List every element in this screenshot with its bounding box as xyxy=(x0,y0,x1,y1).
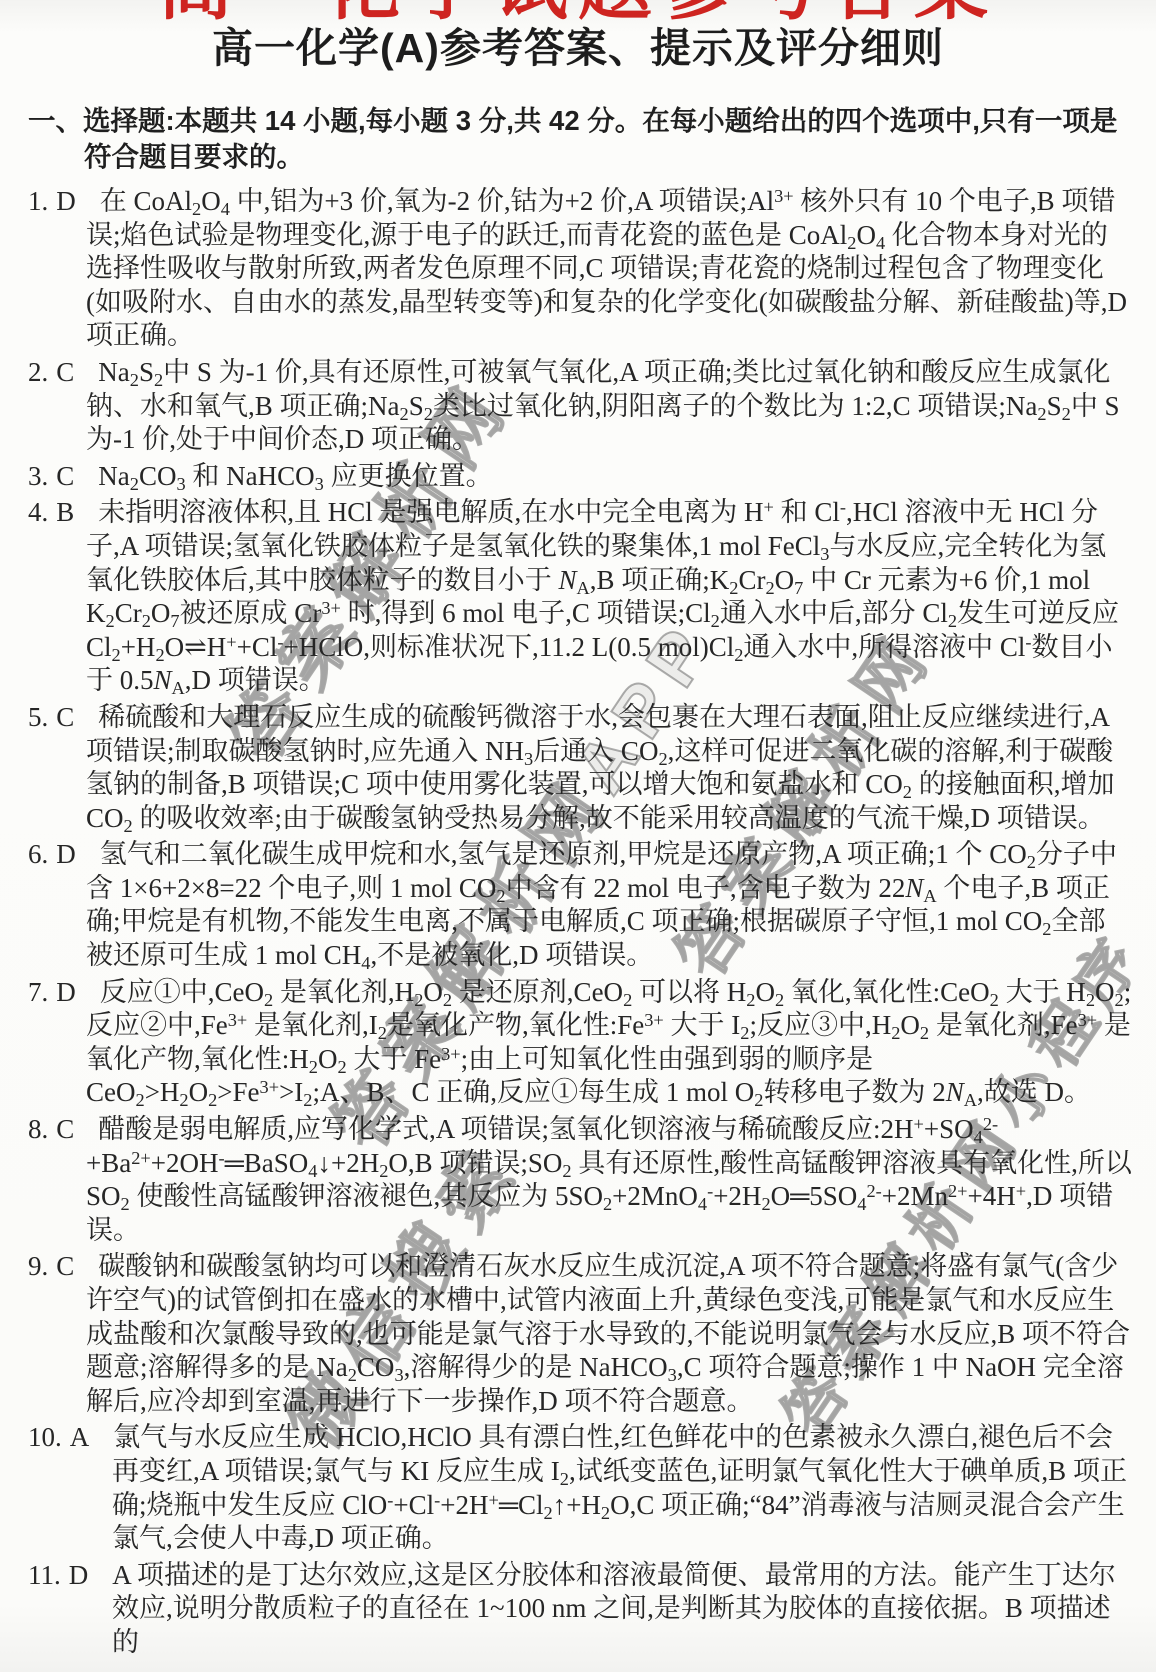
answer-letter: C xyxy=(56,1114,74,1144)
section-heading-multiple-choice: 一、选择题:本题共 14 小题,每小题 3 分,共 42 分。在每小题给出的四个… xyxy=(28,103,1130,175)
red-banner-text: 高一化学试题参考答案 xyxy=(158,0,998,24)
answer-number: 7. xyxy=(28,977,48,1007)
answer-number: 11. xyxy=(28,1560,61,1590)
answer-explanation: Na2CO3 和 NaHCO3 应更换位置。 xyxy=(98,461,492,491)
answer-letter: D xyxy=(56,839,76,869)
answer-letter: D xyxy=(69,1560,89,1590)
answer-item: 3.CNa2CO3 和 NaHCO3 应更换位置。 xyxy=(28,460,1132,494)
answer-letter: C xyxy=(56,461,74,491)
red-banner-cropped: 高一化学试题参考答案 xyxy=(0,0,1156,27)
answer-explanation: 稀硫酸和大理石反应生成的硫酸钙微溶于水,会包裹在大理石表面,阻止反应继续进行,A… xyxy=(86,702,1114,833)
answer-number: 1. xyxy=(28,186,48,216)
answer-explanation: 反应①中,CeO2 是氧化剂,H2O2 是还原剂,CeO2 可以将 H2O2 氧… xyxy=(86,977,1131,1108)
answer-explanation: 氢气和二氧化碳生成甲烷和水,氢气是还原剂,甲烷是还原产物,A 项正确;1 个 C… xyxy=(86,839,1117,970)
answer-item: 11.DA 项描述的是丁达尔效应,这是区分胶体和溶液最简便、最常用的方法。能产生… xyxy=(28,1559,1132,1660)
answer-number: 8. xyxy=(28,1114,48,1144)
answer-explanation: 碳酸钠和碳酸氢钠均可以和澄清石灰水反应生成沉淀,A 项不符合题意;将盛有氯气(含… xyxy=(86,1251,1130,1415)
answer-item: 2.CNa2S2中 S 为-1 价,具有还原性,可被氧气氧化,A 项正确;类比过… xyxy=(28,356,1132,457)
answer-explanation: Na2S2中 S 为-1 价,具有还原性,可被氧气氧化,A 项正确;类比过氧化钠… xyxy=(86,357,1120,454)
answer-number: 9. xyxy=(28,1251,48,1281)
answer-number: 5. xyxy=(28,702,48,732)
answer-explanation: A 项描述的是丁达尔效应,这是区分胶体和溶液最简便、最常用的方法。能产生丁达尔效… xyxy=(112,1560,1116,1657)
answer-number: 4. xyxy=(28,497,48,527)
answer-item: 10.A氯气与水反应生成 HClO,HClO 具有漂白性,红色鲜花中的色素被永久… xyxy=(28,1421,1132,1555)
answer-number: 2. xyxy=(28,357,48,387)
answer-list: 1.D在 CoAl2O4 中,铝为+3 价,氧为-2 价,钴为+2 价,A 项错… xyxy=(28,185,1132,1660)
answer-number: 3. xyxy=(28,461,48,491)
answer-letter: C xyxy=(56,1251,74,1281)
answer-item: 8.C醋酸是弱电解质,应写化学式,A 项错误;氢氧化钡溶液与稀硫酸反应:2H++… xyxy=(28,1113,1132,1247)
answer-letter: C xyxy=(56,357,74,387)
answer-letter: D xyxy=(56,977,76,1007)
answer-explanation: 醋酸是弱电解质,应写化学式,A 项错误;氢氧化钡溶液与稀硫酸反应:2H++SO4… xyxy=(86,1114,1132,1245)
answer-item: 4.B未指明溶液体积,且 HCl 是强电解质,在水中完全电离为 H+ 和 Cl-… xyxy=(28,496,1132,698)
answer-item: 9.C碳酸钠和碳酸氢钠均可以和澄清石灰水反应生成沉淀,A 项不符合题意;将盛有氯… xyxy=(28,1250,1132,1418)
answer-explanation: 未指明溶液体积,且 HCl 是强电解质,在水中完全电离为 H+ 和 Cl-,HC… xyxy=(86,497,1119,695)
answer-letter: D xyxy=(56,186,76,216)
answer-number: 6. xyxy=(28,839,48,869)
answer-number: 10. xyxy=(28,1422,62,1452)
answer-letter: B xyxy=(56,497,74,527)
answer-item: 7.D反应①中,CeO2 是氧化剂,H2O2 是还原剂,CeO2 可以将 H2O… xyxy=(28,976,1132,1110)
answer-item: 1.D在 CoAl2O4 中,铝为+3 价,氧为-2 价,钴为+2 价,A 项错… xyxy=(28,185,1132,353)
answer-letter: A xyxy=(70,1422,90,1452)
answer-explanation: 在 CoAl2O4 中,铝为+3 价,氧为-2 价,钴为+2 价,A 项错误;A… xyxy=(86,186,1127,350)
answer-item: 6.D氢气和二氧化碳生成甲烷和水,氢气是还原剂,甲烷是还原产物,A 项正确;1 … xyxy=(28,838,1132,972)
answer-letter: C xyxy=(56,702,74,732)
scanned-answer-sheet-page: 高一化学试题参考答案 高一化学(A)参考答案、提示及评分细则 一、选择题:本题共… xyxy=(0,0,1156,1672)
answer-item: 5.C稀硫酸和大理石反应生成的硫酸钙微溶于水,会包裹在大理石表面,阻止反应继续进… xyxy=(28,701,1132,835)
answer-explanation: 氯气与水反应生成 HClO,HClO 具有漂白性,红色鲜花中的色素被永久漂白,褪… xyxy=(112,1422,1127,1553)
